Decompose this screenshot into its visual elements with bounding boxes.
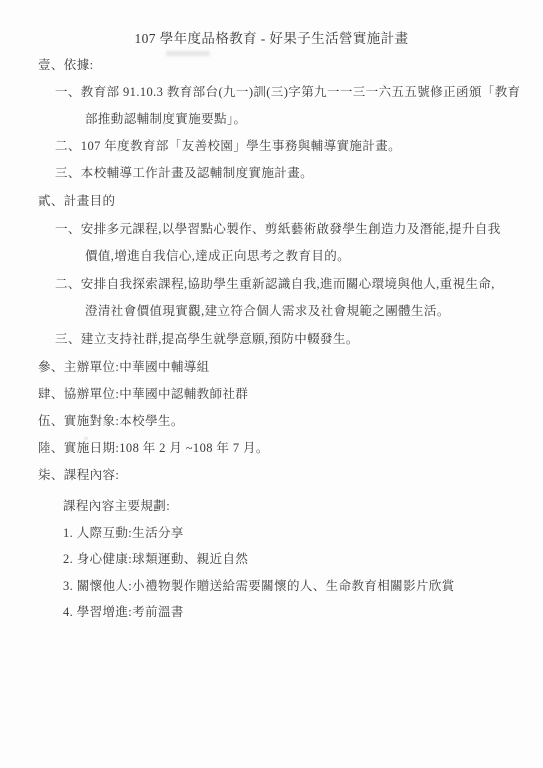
section-heading: 參、主辦單位:中華國中輔導組 [38, 360, 210, 375]
list-item: 三、本校輔導工作計畫及認輔制度實施計畫。 [55, 166, 313, 181]
subsection-heading: 課程內容主要規劃: [63, 499, 170, 514]
list-item: 一、教育部 91.10.3 教育部台(九一)訓(三)字第九一一三一六五五號修正函… [55, 85, 521, 100]
scanned-document-page: 107 學年度品格教育 - 好果子生活營實施計畫 壹、依據: 一、教育部 91.… [0, 0, 543, 768]
section-heading: 肆、協辦單位:中華國中認輔教師社群 [38, 387, 248, 402]
list-item: 4. 學習增進:考前溫書 [63, 605, 184, 620]
list-item: 三、建立支持社群,提高學生就學意願,預防中輟發生。 [55, 332, 359, 347]
list-item-continuation: 澄清社會價值現實觀,建立符合個人需求及社會規範之團體生活。 [85, 304, 450, 319]
scan-artifact [166, 51, 210, 56]
document-title: 107 學年度品格教育 - 好果子生活營實施計畫 [0, 31, 543, 46]
section-heading: 陸、實施日期:108 年 2 月 ~108 年 7 月。 [38, 441, 269, 456]
section-heading: 貳、計畫目的 [38, 194, 115, 209]
list-item: 一、安排多元課程,以學習點心製作、剪紙藝術啟發學生創造力及潛能,提升自我 [55, 222, 501, 237]
section-heading: 柒、課程內容: [38, 468, 119, 483]
section-heading: 伍、實施對象:本校學生。 [38, 414, 184, 429]
list-item: 二、107 年度教育部「友善校園」學生事務與輔導實施計畫。 [55, 139, 401, 154]
scan-artifact [84, 437, 88, 440]
list-item: 1. 人際互動:生活分享 [63, 526, 184, 541]
list-item-continuation: 部推動認輔制度實施要點」。 [85, 112, 246, 127]
list-item: 3. 關懷他人:小禮物製作贈送給需要關懷的人、生命教育相關影片欣賞 [63, 579, 455, 594]
list-item-continuation: 價值,增進自我信心,達成正向思考之教育目的。 [85, 249, 350, 264]
list-item: 二、安排自我探索課程,協助學生重新認識自我,進而關心環境與他人,重視生命, [55, 277, 495, 292]
section-heading: 壹、依據: [38, 58, 93, 73]
list-item: 2. 身心健康:球類運動、親近自然 [63, 552, 248, 567]
